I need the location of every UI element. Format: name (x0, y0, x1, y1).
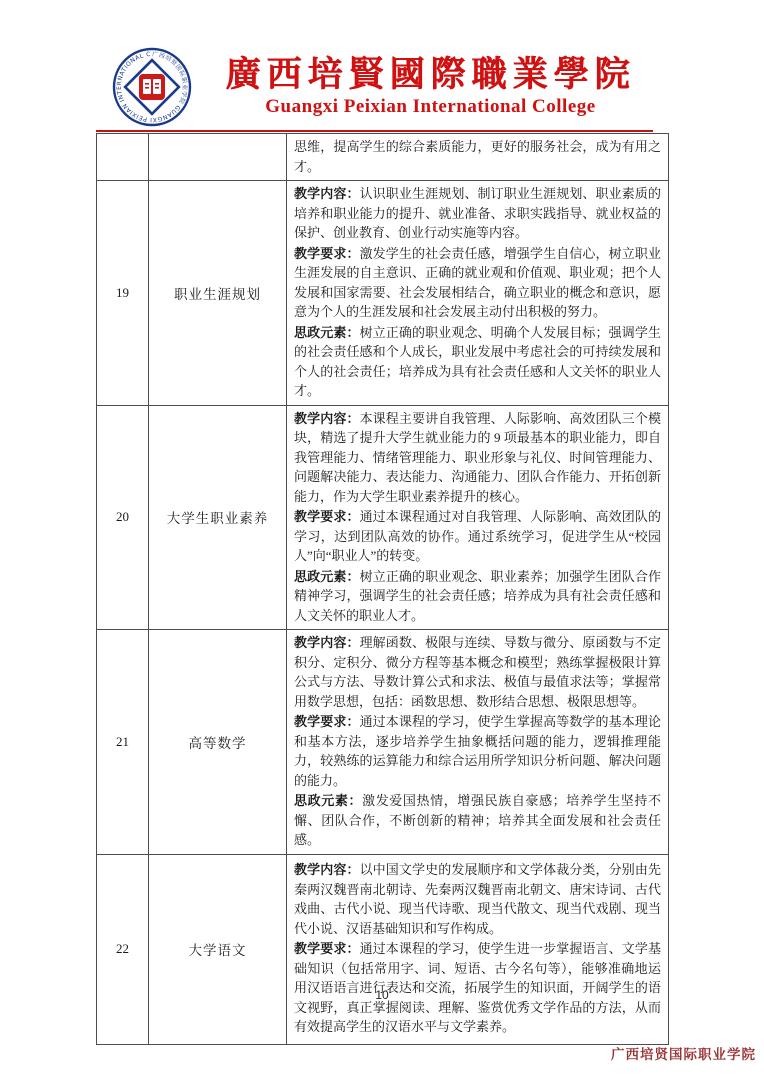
paragraph-label: 思政元素： (294, 569, 360, 584)
letterhead: 广西培贤国际职业学院 GUANGXI PEIXIAN INTERNATIONAL… (96, 48, 653, 132)
table-row-course-20: 20 大学生职业素养 教学内容：本课程主要讲自我管理、人际影响、高效团队三个模块… (97, 405, 669, 630)
paragraph-label: 思政元素： (294, 325, 360, 340)
ideology-element-paragraph: 思政元素：树立正确的职业观念、明确个人发展目标；强调学生的社会责任感和个人成长，… (294, 323, 661, 401)
continuation-text: 思维，提高学生的综合素质能力，更好的服务社会，成为有用之才。 (294, 139, 661, 174)
course-number: 21 (97, 630, 149, 855)
course-detail: 教学内容：以中国文学史的发展顺序和文学体裁分类，分别由先秦两汉魏晋南北朝诗、先秦… (287, 854, 669, 1044)
college-name-chinese: 廣西培賢國際職業學院 (208, 56, 653, 95)
paragraph-label: 教学内容： (294, 186, 360, 201)
course-number: 22 (97, 854, 149, 1044)
course-detail: 教学内容：本课程主要讲自我管理、人际影响、高效团队三个模块，精选了提升大学生就业… (287, 405, 669, 630)
table-row-course-19: 19 职业生涯规划 教学内容：认识职业生涯规划、制订职业生涯规划、职业素质的培养… (97, 181, 669, 406)
course-number: 20 (97, 405, 149, 630)
course-detail: 教学内容：认识职业生涯规划、制订职业生涯规划、职业素质的培养和职业能力的提升、就… (287, 181, 669, 406)
paragraph-label: 教学要求： (294, 714, 360, 729)
paragraph-label: 思政元素： (294, 793, 362, 808)
teaching-requirement-paragraph: 教学要求：通过本课程的学习，使学生掌握高等数学的基本理论和基本方法，逐步培养学生… (294, 712, 661, 790)
course-detail: 教学内容：理解函数、极限与连续、导数与微分、原函数与不定积分、定积分、微分方程等… (287, 630, 669, 855)
table-row-course-21: 21 高等数学 教学内容：理解函数、极限与连续、导数与微分、原函数与不定积分、定… (97, 630, 669, 855)
course-table: 思维，提高学生的综合素质能力，更好的服务社会，成为有用之才。 19 职业生涯规划… (96, 133, 669, 1045)
college-logo: 广西培贤国际职业学院 GUANGXI PEIXIAN INTERNATIONAL… (96, 48, 208, 126)
teaching-content-paragraph: 教学内容：本课程主要讲自我管理、人际影响、高效团队三个模块，精选了提升大学生就业… (294, 409, 661, 507)
paragraph-label: 教学要求： (294, 941, 360, 956)
cell-empty-name (149, 134, 287, 181)
paragraph-label: 教学内容： (294, 411, 360, 426)
college-seal-icon: 广西培贤国际职业学院 GUANGXI PEIXIAN INTERNATIONAL… (112, 47, 192, 127)
teaching-content-paragraph: 教学内容：理解函数、极限与连续、导数与微分、原函数与不定积分、定积分、微分方程等… (294, 633, 661, 711)
paragraph-label: 教学要求： (294, 246, 360, 261)
course-name: 大学语文 (149, 854, 287, 1044)
teaching-content-paragraph: 教学内容：认识职业生涯规划、制订职业生涯规划、职业素质的培养和职业能力的提升、就… (294, 184, 661, 243)
paragraph-label: 教学内容： (294, 635, 360, 650)
table-row-course-22: 22 大学语文 教学内容：以中国文学史的发展顺序和文学体裁分类，分别由先秦两汉魏… (97, 854, 669, 1044)
course-name: 职业生涯规划 (149, 181, 287, 406)
document-page: 广西培贤国际职业学院 GUANGXI PEIXIAN INTERNATIONAL… (0, 0, 764, 1080)
ideology-element-paragraph: 思政元素：激发爱国热情，增强民族自豪感；培养学生坚持不懈、团队合作，不断创新的精… (294, 791, 661, 850)
course-name: 高等数学 (149, 630, 287, 855)
teaching-requirement-paragraph: 教学要求：通过本课程通过对自我管理、人际影响、高效团队的学习，达到团队高效的协作… (294, 507, 661, 566)
cell-empty-no (97, 134, 149, 181)
teaching-content-paragraph: 教学内容：以中国文学史的发展顺序和文学体裁分类，分别由先秦两汉魏晋南北朝诗、先秦… (294, 860, 661, 938)
teaching-requirement-paragraph: 教学要求：激发学生的社会责任感，增强学生自信心，树立职业生涯发展的自主意识、正确… (294, 244, 661, 322)
footer-school-name: 广西培贤国际职业学院 (611, 1043, 756, 1063)
paragraph-label: 教学内容： (294, 862, 360, 877)
paragraph-label: 教学要求： (294, 509, 360, 524)
cell-continuation-text: 思维，提高学生的综合素质能力，更好的服务社会，成为有用之才。 (287, 134, 669, 181)
logo-book-background (139, 74, 165, 100)
table-row-continuation: 思维，提高学生的综合素质能力，更好的服务社会，成为有用之才。 (97, 134, 669, 181)
course-number: 19 (97, 181, 149, 406)
course-name: 大学生职业素养 (149, 405, 287, 630)
college-titles: 廣西培賢國際職業學院 Guangxi Peixian International… (208, 56, 653, 119)
ideology-element-paragraph: 思政元素：树立正确的职业观念、职业素养；加强学生团队合作精神学习，强调学生的社会… (294, 567, 661, 626)
page-number: 10 (0, 988, 764, 1002)
college-name-english: Guangxi Peixian International College (208, 96, 653, 118)
